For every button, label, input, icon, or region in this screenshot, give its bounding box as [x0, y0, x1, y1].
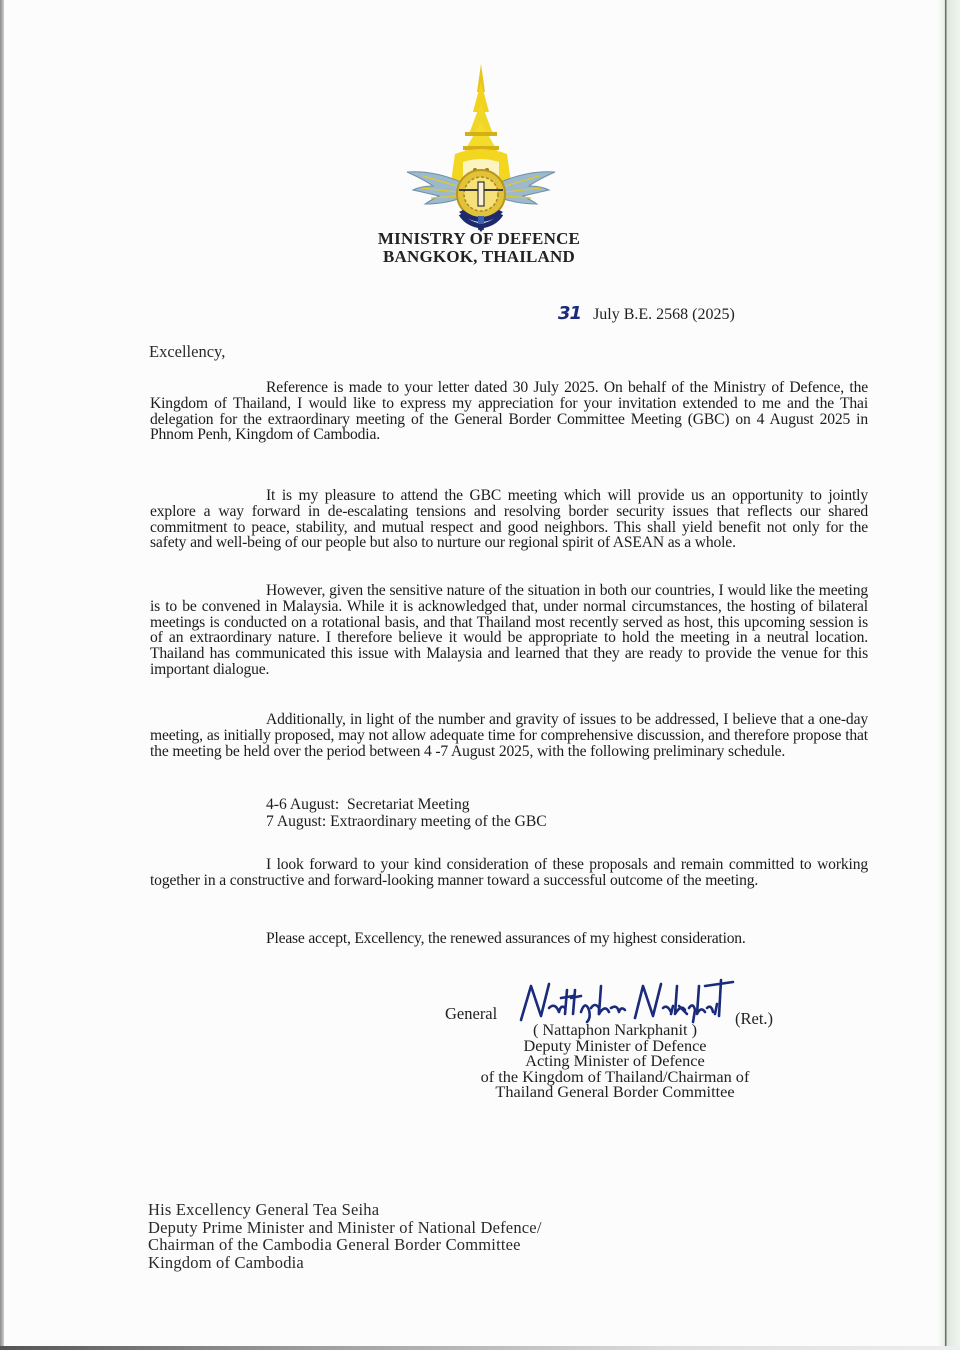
schedule-dates: 4-6 August:: [266, 796, 339, 813]
recipient-country: Kingdom of Cambodia: [148, 1254, 542, 1272]
page-edge-left: [0, 0, 4, 1350]
signature-block: General (Ret.) ( Nattaphon: [430, 978, 800, 1100]
handwritten-signature-icon: [515, 978, 735, 1024]
schedule-event: Secretariat Meeting: [347, 796, 470, 813]
paragraph-text: I look forward to your kind consideratio…: [150, 856, 868, 889]
signatory-title: Thailand General Border Committee: [430, 1084, 800, 1100]
signatory-details: ( Nattaphon Narkphanit ) Deputy Minister…: [430, 1022, 800, 1100]
date-day-handwritten: 31: [558, 303, 581, 324]
recipient-title: Deputy Prime Minister and Minister of Na…: [148, 1219, 542, 1237]
signature-rank-suffix: (Ret.): [735, 1011, 773, 1027]
signature-row: General (Ret.): [430, 978, 800, 1022]
paragraph-duration: Additionally, in light of the number and…: [150, 712, 868, 759]
salutation: Excellency,: [149, 342, 225, 362]
page-edge-bottom: [0, 1346, 960, 1350]
signature-rank-prefix: General: [445, 1006, 497, 1022]
page-edge-right: [938, 0, 960, 1350]
paragraph-text: Additionally, in light of the number and…: [150, 711, 868, 760]
recipient-block: His Excellency General Tea Seiha Deputy …: [148, 1201, 542, 1271]
paragraph-text: However, given the sensitive nature of t…: [150, 582, 868, 678]
paragraph-reference: Reference is made to your letter dated 3…: [150, 380, 868, 443]
letterhead-organization: MINISTRY OF DEFENCE: [0, 229, 959, 249]
paragraph-consideration: I look forward to your kind consideratio…: [150, 857, 868, 889]
paragraph-text: It is my pleasure to attend the GBC meet…: [150, 487, 868, 551]
paragraph-venue: However, given the sensitive nature of t…: [150, 583, 868, 678]
schedule-list: 4-6 August: Secretariat Meeting 7 August…: [266, 796, 547, 830]
letterhead-location: BANGKOK, THAILAND: [0, 247, 959, 267]
schedule-event: Extraordinary meeting of the GBC: [330, 813, 547, 830]
letter-date: 31July B.E. 2568 (2025): [558, 303, 735, 324]
schedule-dates: 7 August:: [266, 813, 326, 830]
date-month-year: July B.E. 2568 (2025): [593, 306, 735, 323]
paragraph-text: Reference is made to your letter dated 3…: [150, 379, 868, 443]
recipient-title: Chairman of the Cambodia General Border …: [148, 1236, 542, 1254]
paragraph-pleasure: It is my pleasure to attend the GBC meet…: [150, 488, 868, 551]
closing-line: Please accept, Excellency, the renewed a…: [266, 930, 746, 948]
schedule-item: 4-6 August: Secretariat Meeting: [266, 796, 547, 813]
ministry-of-defence-emblem-icon: [403, 62, 559, 234]
recipient-name: His Excellency General Tea Seiha: [148, 1201, 542, 1219]
schedule-item: 7 August: Extraordinary meeting of the G…: [266, 813, 547, 830]
